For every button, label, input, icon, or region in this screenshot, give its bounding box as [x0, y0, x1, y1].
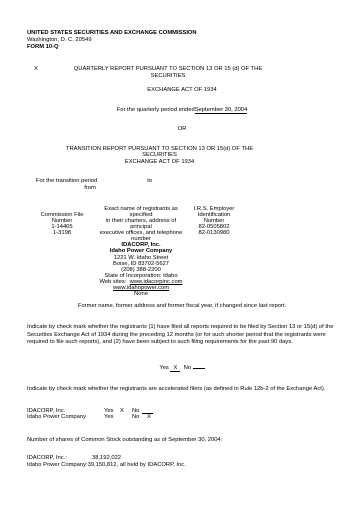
quarterly-report-row: X QUARTERLY REPORT PURSUANT TO SECTION 1… — [27, 66, 337, 80]
document-header: UNITED STATES SECURITIES AND EXCHANGE CO… — [27, 30, 337, 51]
transition-title-line3: EXCHANGE ACT OF 1934 — [125, 159, 194, 165]
website-link-idahopower[interactable]: www.idahopower.com — [113, 285, 169, 291]
form-10q-cover-page: UNITED STATES SECURITIES AND EXCHANGE CO… — [0, 0, 362, 512]
period-date: September 30, 2004 — [195, 107, 248, 114]
quarterly-report-title: QUARTERLY REPORT PURSUANT TO SECTION 13 … — [44, 66, 292, 80]
no-label: No — [184, 365, 191, 371]
commission-file-column: Commission File Number 1-14465 1-3198 — [27, 206, 97, 297]
yes-checkmark: X — [170, 365, 180, 372]
registrant-table: Commission File Number 1-14465 1-3198 Ex… — [27, 206, 337, 297]
registrant-company-2: Idaho Power Company — [97, 248, 185, 254]
or-separator: OR — [27, 126, 337, 133]
accel-yes-mark-2 — [120, 414, 132, 421]
transition-title-line1: TRANSITION REPORT PURSUANT TO SECTION 13… — [66, 146, 253, 152]
period-label: For the quarterly period ended — [117, 107, 195, 113]
filed-reports-paragraph: Indicate by check mark whether the regis… — [27, 324, 337, 347]
shares-outstanding-table: IDACORP, Inc.: 38,192,022 Idaho Power Co… — [27, 455, 337, 468]
website-none: None — [97, 291, 185, 297]
former-name-note: Former name, former address and former f… — [27, 303, 337, 310]
transition-report-title: TRANSITION REPORT PURSUANT TO SECTION 13… — [27, 146, 292, 166]
accel-company-2: Idaho Power Company — [27, 414, 104, 421]
commission-number-2: 1-3198 — [27, 230, 97, 236]
agency-address: Washington, D. C. 20549 — [27, 37, 337, 44]
exchange-act-line: EXCHANGE ACT OF 1934 — [27, 87, 337, 94]
filed-reports-yesno-line: Yes X No — [27, 363, 337, 372]
shares-value-2: 39,150,812, all held by IDACORP, Inc. — [88, 462, 186, 469]
quarterly-checkbox-mark: X — [34, 66, 44, 80]
no-blank-underline — [193, 363, 205, 369]
irs-number-2: 82-0130980 — [185, 230, 243, 236]
transition-period-block: For the transition period to from — [27, 178, 337, 191]
registrant-name-column: Exact name of registrants as specified i… — [97, 206, 185, 297]
yes-label: Yes — [159, 365, 168, 371]
accel-no-mark-2: X — [142, 414, 156, 421]
quarterly-title-line2: SECURITIES — [151, 73, 186, 79]
transition-from-label: from — [55, 185, 125, 192]
table-row: Idaho Power Company Yes No X — [27, 414, 337, 421]
website-link-idacorp[interactable]: www.idacorpinc.com — [130, 279, 183, 285]
accelerated-filers-paragraph: Indicate by check mark whether the regis… — [27, 386, 337, 394]
name-header-line3: executive offices, and telephone number — [97, 230, 185, 242]
accel-no-label-2: No — [132, 414, 142, 421]
accelerated-filers-table: IDACORP, Inc. Yes X No Idaho Power Compa… — [27, 408, 337, 421]
shares-company-2: Idaho Power Company: — [27, 462, 88, 469]
form-type: FORM 10-Q — [27, 44, 337, 51]
quarterly-period-line: For the quarterly period endedSeptember … — [27, 107, 337, 114]
accel-yes-label-2: Yes — [104, 414, 120, 421]
transition-from-blank — [97, 178, 147, 185]
transition-to-label: to — [147, 178, 152, 185]
quarterly-title-line1: QUARTERLY REPORT PURSUANT TO SECTION 13 … — [74, 66, 262, 72]
transition-title-line2: SECURITIES — [142, 152, 177, 158]
table-row: Idaho Power Company: 39,150,812, all hel… — [27, 462, 337, 469]
websites-label: Web sites: — [99, 279, 126, 285]
name-header-line1: Exact name of registrants as specified — [97, 206, 185, 218]
transition-period-row: For the transition period to — [27, 178, 337, 185]
agency-title: UNITED STATES SECURITIES AND EXCHANGE CO… — [27, 30, 337, 37]
irs-number-column: I.R.S. Employer Identification Number 82… — [185, 206, 243, 297]
shares-outstanding-heading: Number of shares of Common Stock outstan… — [27, 437, 337, 444]
transition-period-label: For the transition period — [36, 178, 97, 185]
name-header-line2: in their charters, address of principal — [97, 218, 185, 230]
